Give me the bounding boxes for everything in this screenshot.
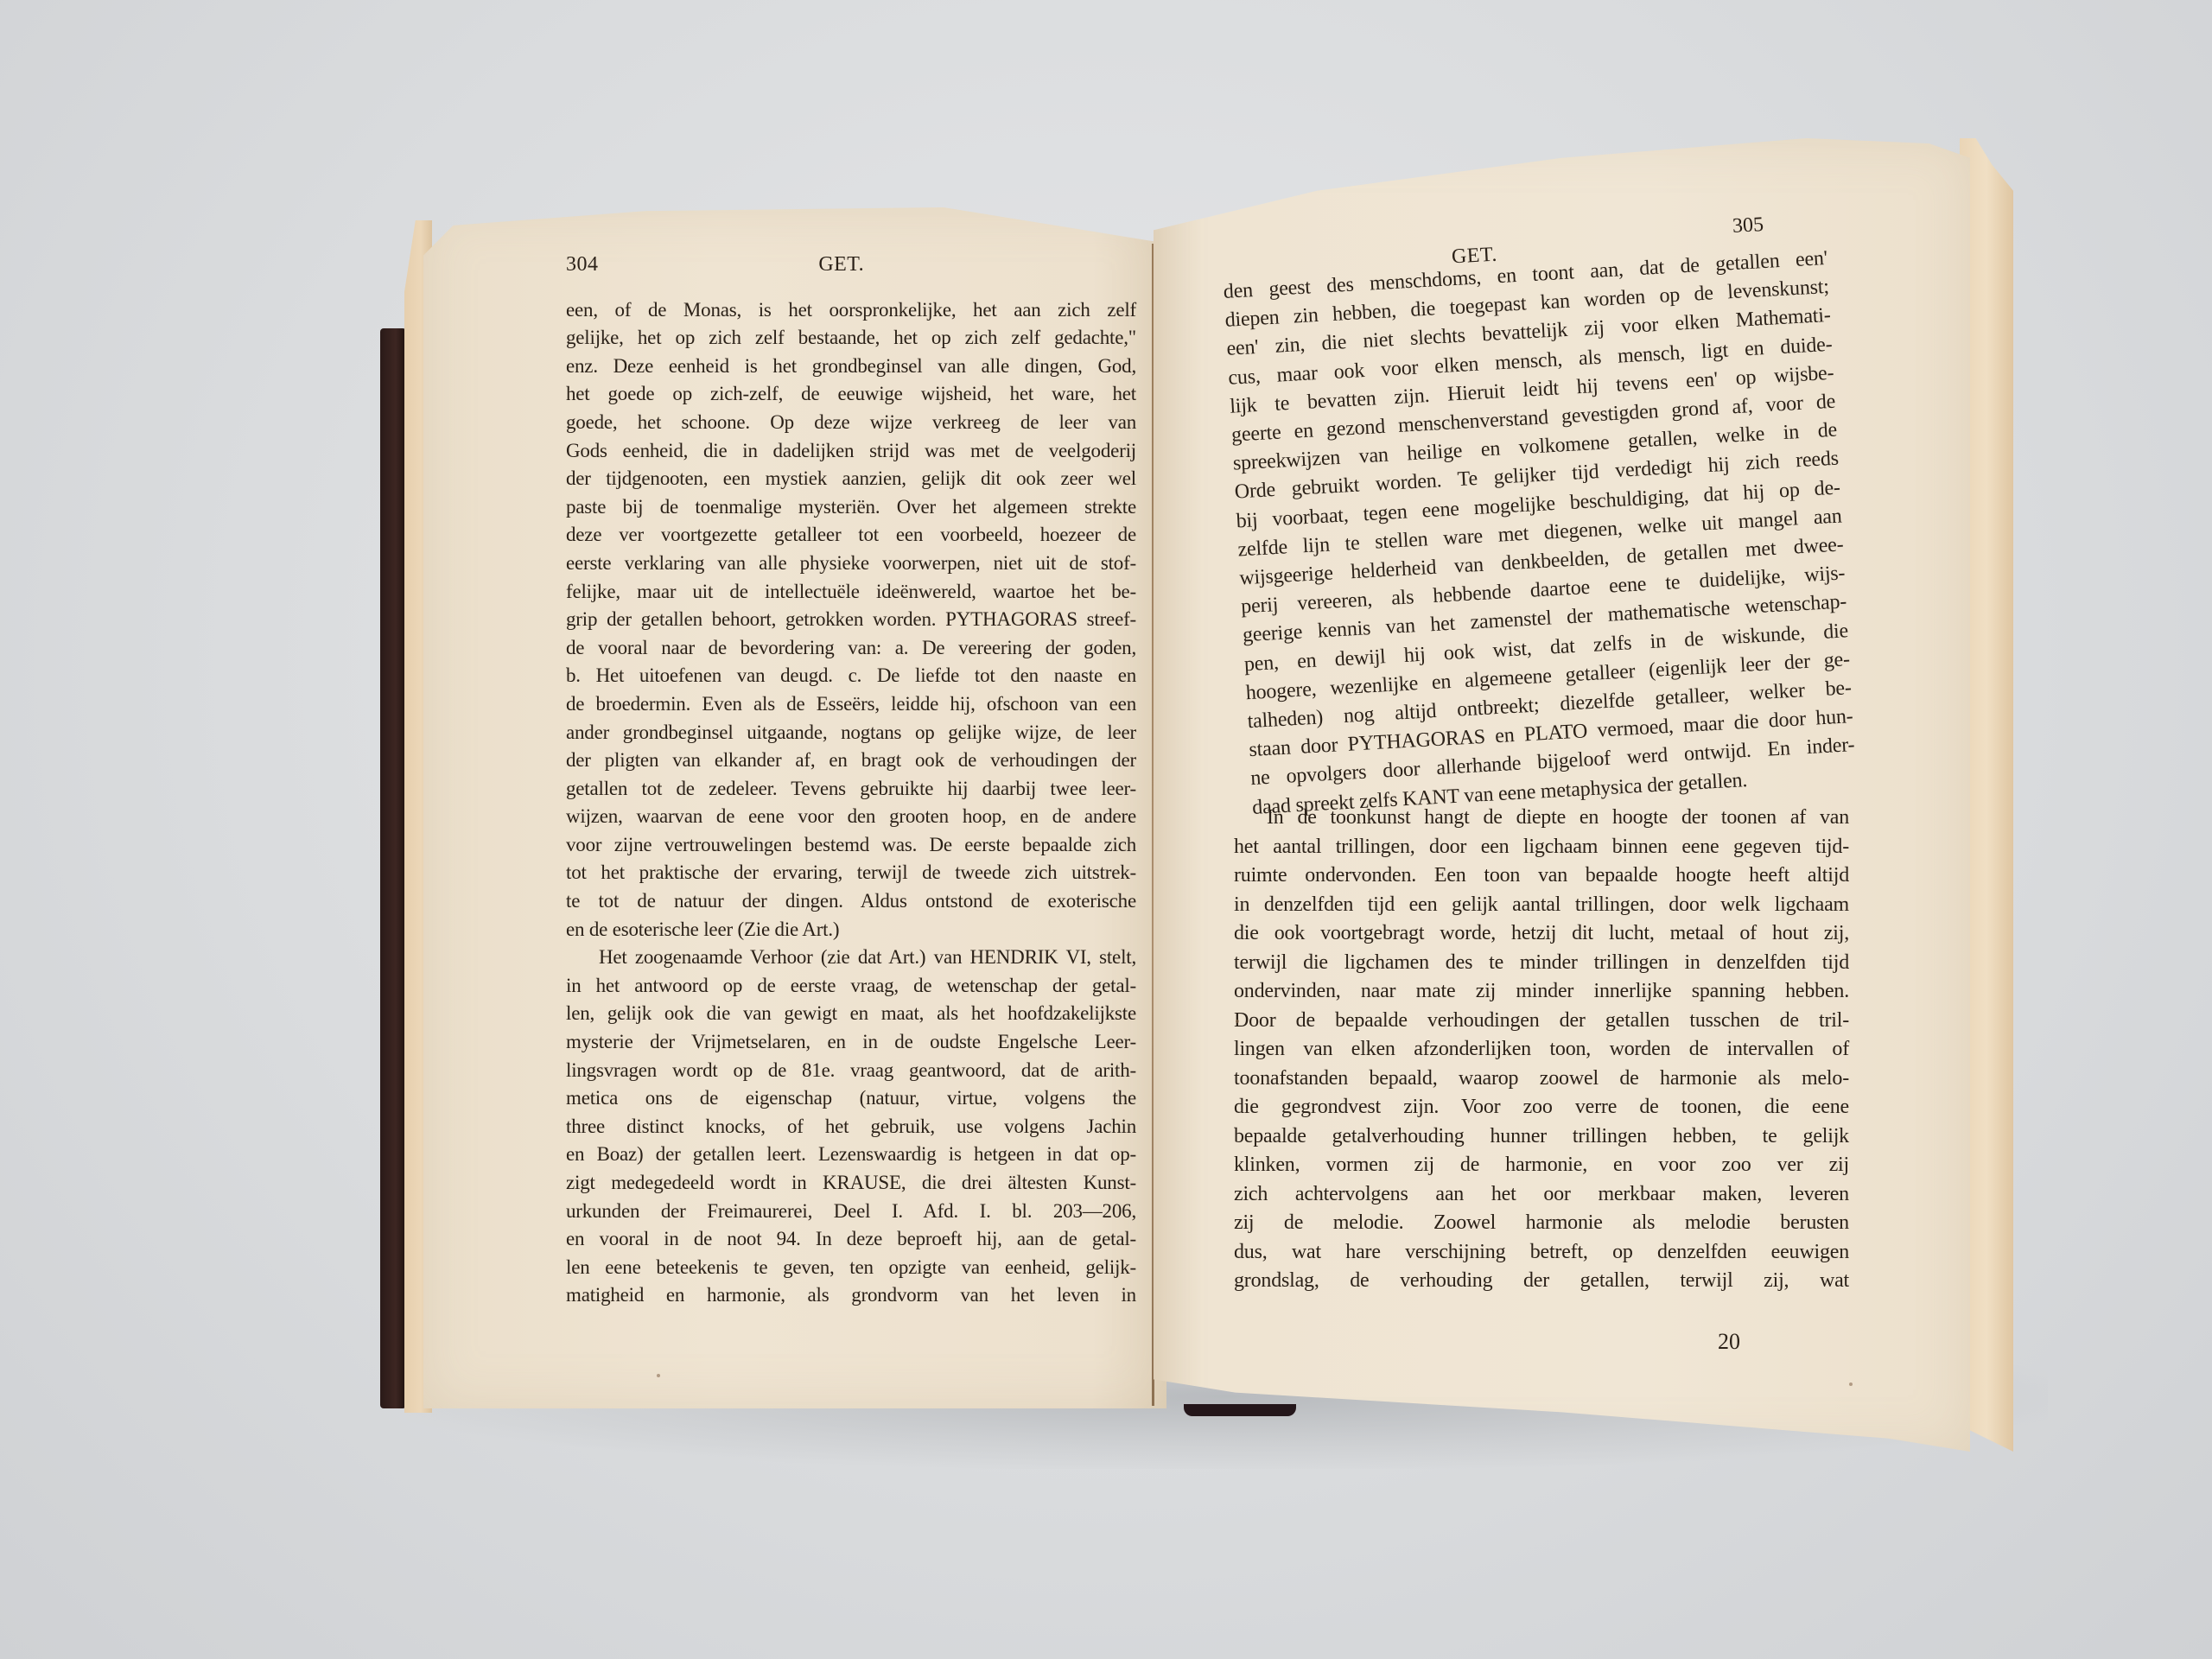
text-line: der tijdgenooten, een mystiek aanzien, g… (566, 465, 1136, 493)
text-line: metica ons de eigenschap (natuur, virtue… (566, 1084, 1136, 1113)
text-line: terwijl die ligchamen des te minder tril… (1234, 949, 1849, 978)
text-line: ondervinden, naar mate zij minder innerl… (1234, 977, 1849, 1007)
running-head: GET. (599, 251, 1137, 279)
photo-scene: 304 GET. een, of de Monas, is het oorspr… (0, 0, 2212, 1659)
text-line: te tot de natuur der dingen. Aldus ontst… (566, 887, 1136, 916)
text-line: bepaalde getalverhouding hunner trilling… (1234, 1122, 1849, 1152)
text-line: tot het praktische der ervaring, terwijl… (566, 859, 1136, 887)
text-line: die ook voortgebragt worde, hetzij dit l… (1234, 919, 1849, 949)
text-line: dus, wat hare verschijning betreft, op d… (1234, 1238, 1849, 1268)
text-line: Door de bepaalde verhoudingen der getall… (1234, 1007, 1849, 1036)
signature-mark: 20 (1718, 1329, 1740, 1355)
text-line: zij de melodie. Zoowel harmonie als melo… (1234, 1209, 1849, 1238)
text-line: deze ver voortgezette getalleer tot een … (566, 521, 1136, 550)
text-line: three distinct knocks, of het gebruik, u… (566, 1113, 1136, 1141)
text-line: ruimte ondervonden. Een toon van bepaald… (1234, 861, 1849, 891)
text-line: voor zijne vertrouwelingen bestemd was. … (566, 831, 1136, 860)
left-page-header: 304 GET. (566, 251, 1136, 279)
text-line: der pligten van elkander af, en bragt oo… (566, 747, 1136, 775)
text-line: urkunden der Freimaurerei, Deel I. Afd. … (566, 1198, 1136, 1226)
right-page-text-lower: In de toonkunst hangt de diepte en hoogt… (1234, 804, 1849, 1296)
text-line: de vooral naar de bevordering van: a. De… (566, 634, 1136, 663)
book-cover-edge (380, 328, 406, 1408)
book-spine-bottom (1184, 1404, 1296, 1416)
text-line: len eene beteekenis te geven, ten opzigt… (566, 1254, 1136, 1282)
text-line: len, gelijk ook die van gewigt en maat, … (566, 1000, 1136, 1028)
paper-speck (657, 1374, 660, 1377)
text-line: die gegrondvest zijn. Voor zoo verre de … (1234, 1093, 1849, 1122)
text-line: zich achtervolgens aan het oor merkbaar … (1234, 1180, 1849, 1210)
text-line: ander grondbeginsel uitgaande, nogtans o… (566, 719, 1136, 747)
text-line: goede, het schoone. Op deze wijze verkre… (566, 409, 1136, 437)
text-line: paste bij de toenmalige mysteriën. Over … (566, 493, 1136, 522)
text-line: zigt medegedeeld wordt in KRAUSE, die dr… (566, 1169, 1136, 1198)
text-line: In de toonkunst hangt de diepte en hoogt… (1234, 804, 1849, 833)
text-line: in denzelfden tijd een gelijk aantal tri… (1234, 891, 1849, 920)
left-page-text: 304 GET. een, of de Monas, is het oorspr… (566, 251, 1136, 1310)
text-line: lingen van elken afzonderlijken toon, wo… (1234, 1035, 1849, 1065)
text-line: het aantal trillingen, door een ligchaam… (1234, 833, 1849, 862)
text-line: enz. Deze eenheid is het grondbeginsel v… (566, 353, 1136, 381)
text-line: mysterie der Vrijmetselaren, en in de ou… (566, 1028, 1136, 1057)
paper-speck (1236, 1020, 1239, 1023)
text-line: lingsvragen wordt op de 81e. vraag geant… (566, 1057, 1136, 1085)
text-line: matigheid en harmonie, als grondvorm van… (566, 1281, 1136, 1310)
text-line: in het antwoord op de eerste vraag, de w… (566, 972, 1136, 1001)
text-line: de broedermin. Even als de Esseërs, leid… (566, 690, 1136, 719)
text-line: b. Het uitoefenen van deugd. c. De liefd… (566, 662, 1136, 690)
text-line: gelijke, het op zich zelf bestaande, het… (566, 324, 1136, 353)
text-line: Gods eenheid, die in dadelijken strijd w… (566, 437, 1136, 466)
text-line: grip der getallen behoort, getrokken wor… (566, 606, 1136, 634)
page-number: 304 (566, 251, 599, 279)
text-line: grondslag, de verhouding der getallen, t… (1234, 1267, 1849, 1296)
text-line: en Boaz) der getallen leert. Lezenswaard… (566, 1141, 1136, 1169)
text-line: het goede op zich-zelf, de eeuwige wijsh… (566, 380, 1136, 409)
text-line: getallen tot de zedeleer. Tevens gebruik… (566, 775, 1136, 804)
right-page-text-upper: den geest des menschdoms, en toont aan, … (1223, 245, 1857, 823)
text-line: en de esoterische leer (Zie die Art.) (566, 916, 1136, 944)
page-number: 305 (1732, 213, 1764, 238)
text-line: wijzen, waarvan de eene voor den grooten… (566, 803, 1136, 831)
text-line: en vooral in de noot 94. In deze beproef… (566, 1225, 1136, 1254)
text-line: felijke, maar uit de intellectuële ideën… (566, 578, 1136, 607)
text-line: klinken, vormen zij de harmonie, en voor… (1234, 1151, 1849, 1180)
text-line: eerste verklaring van alle physieke voor… (566, 550, 1136, 578)
text-line: Het zoogenaamde Verhoor (zie dat Art.) v… (566, 944, 1136, 972)
text-line: een, of de Monas, is het oorspronkelijke… (566, 296, 1136, 325)
text-line: toonafstanden bepaald, waarop zoowel de … (1234, 1065, 1849, 1094)
paper-speck (1849, 1382, 1853, 1386)
